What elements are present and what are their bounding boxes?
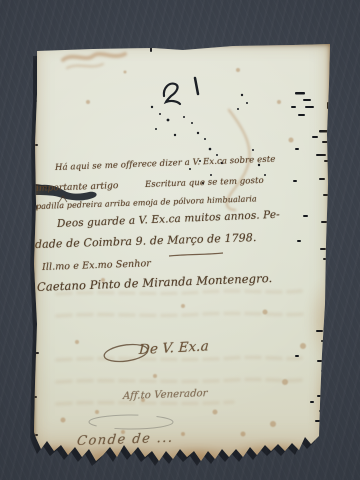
photo-background: Há aqui se me offerece dizer a V. Ex.ca … (0, 0, 360, 480)
manuscript-salutation: Ill.mo e Ex.mo Senhor (42, 258, 151, 273)
manuscript-addressee: Caetano Pinto de Miranda Montenegro. (37, 271, 273, 294)
manuscript-line-3: padilla pedreira arriba emoja de pólvora… (36, 194, 257, 211)
manuscript-signature: Conde de ... (76, 431, 174, 449)
manuscript-line-2b: Escritura que se tem gosto (145, 176, 264, 190)
manuscript-paper: Há aqui se me offerece dizer a V. Ex.ca … (33, 44, 331, 464)
manuscript-line-1: Há aqui se me offerece dizer a V. Ex.ca … (55, 155, 276, 173)
manuscript-line-4: Deos guarde a V. Ex.ca muitos annos. Pe- (57, 209, 280, 230)
manuscript-line-2a: importante artigo (36, 181, 119, 194)
manuscript-closing: Aff.to Venerador (123, 388, 208, 402)
manuscript-text: Há aqui se me offerece dizer a V. Ex.ca … (33, 44, 331, 464)
manuscript-valediction: De V. Ex.a (139, 338, 210, 358)
manuscript-line-5-date: dade de Coimbra 9. de Março de 1798. (35, 231, 257, 251)
